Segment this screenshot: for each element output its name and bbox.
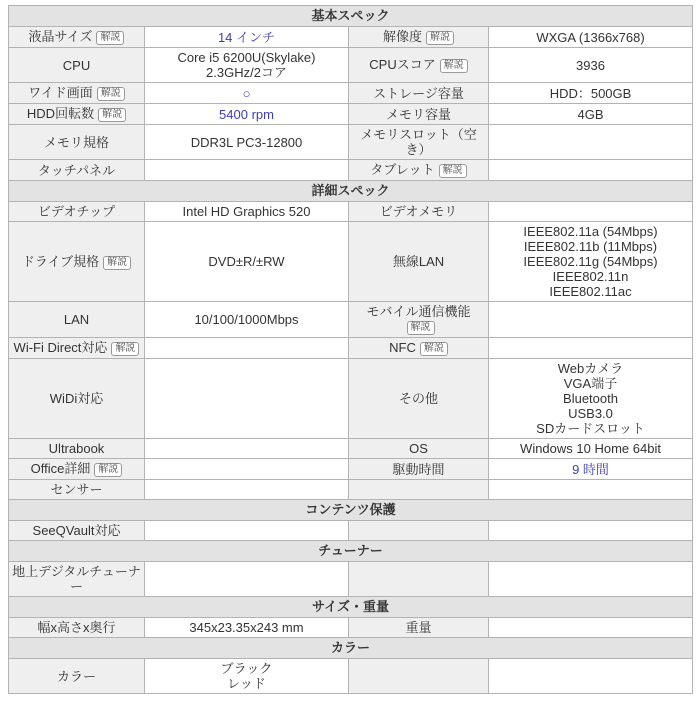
- section-header: 基本スペック: [9, 6, 693, 27]
- spec-value: Core i5 6200U(Skylake) 2.3GHz/2コア: [145, 48, 349, 83]
- spec-value: [145, 359, 349, 439]
- spec-label-cell: センサー: [9, 480, 145, 500]
- spec-row: SeeQVault対応: [9, 521, 693, 541]
- spec-label-cell: モバイル通信機能解説: [349, 302, 489, 338]
- kaisetsu-help-button[interactable]: 解説: [96, 31, 124, 45]
- spec-value: 345x23.35x243 mm: [145, 618, 349, 638]
- section-header: チューナー: [9, 541, 693, 562]
- kaisetsu-help-button[interactable]: 解説: [103, 256, 131, 270]
- section-header: カラー: [9, 638, 693, 659]
- spec-label-text: CPU: [63, 58, 90, 73]
- spec-label-text: ビデオメモリ: [380, 204, 458, 219]
- spec-label-cell: 地上デジタルチューナー: [9, 562, 145, 597]
- spec-label-cell: ビデオメモリ: [349, 202, 489, 222]
- spec-label-text: メモリ容量: [386, 107, 451, 122]
- spec-value: [145, 439, 349, 459]
- spec-value: [145, 160, 349, 181]
- spec-row: 地上デジタルチューナー: [9, 562, 693, 597]
- spec-label-cell: WiDi対応: [9, 359, 145, 439]
- spec-row: Office詳細解説駆動時間9 時間: [9, 459, 693, 480]
- kaisetsu-help-button[interactable]: 解説: [94, 463, 122, 477]
- spec-label-cell: その他: [349, 359, 489, 439]
- spec-value-link[interactable]: 9 時間: [489, 459, 693, 480]
- spec-label-cell: タッチパネル: [9, 160, 145, 181]
- spec-label-cell: ストレージ容量: [349, 83, 489, 104]
- spec-label-cell: [349, 562, 489, 597]
- spec-label-cell: NFC解説: [349, 338, 489, 359]
- spec-value: [489, 521, 693, 541]
- spec-label-text: タブレット: [370, 162, 434, 177]
- spec-label-text: 無線LAN: [393, 254, 444, 269]
- spec-label-cell: CPU: [9, 48, 145, 83]
- kaisetsu-help-button[interactable]: 解説: [426, 31, 454, 45]
- spec-label-cell: OS: [349, 439, 489, 459]
- spec-label-cell: Office詳細解説: [9, 459, 145, 480]
- spec-row: ワイド画面解説○ストレージ容量HDD：500GB: [9, 83, 693, 104]
- spec-label-cell: Wi-Fi Direct対応解説: [9, 338, 145, 359]
- spec-label-cell: [349, 659, 489, 694]
- spec-value: [145, 521, 349, 541]
- spec-label-text: センサー: [50, 482, 102, 497]
- spec-value: [145, 338, 349, 359]
- kaisetsu-help-button[interactable]: 解説: [439, 164, 467, 178]
- section-header: サイズ・重量: [9, 597, 693, 618]
- spec-label-text: WiDi対応: [50, 391, 103, 406]
- spec-row: LAN10/100/1000Mbpsモバイル通信機能解説: [9, 302, 693, 338]
- section-row: チューナー: [9, 541, 693, 562]
- spec-label-text: ワイド画面: [28, 85, 93, 100]
- kaisetsu-help-button[interactable]: 解説: [111, 342, 139, 356]
- spec-value: [145, 459, 349, 480]
- spec-value: HDD：500GB: [489, 83, 693, 104]
- spec-value: 10/100/1000Mbps: [145, 302, 349, 338]
- kaisetsu-help-button[interactable]: 解説: [420, 342, 448, 356]
- spec-label-text: OS: [409, 441, 428, 456]
- spec-row: WiDi対応その他Webカメラ VGA端子 Bluetooth USB3.0 S…: [9, 359, 693, 439]
- spec-value-link[interactable]: 14 インチ: [145, 27, 349, 48]
- spec-value: [489, 562, 693, 597]
- spec-label-text: Ultrabook: [49, 441, 105, 456]
- spec-row: CPUCore i5 6200U(Skylake) 2.3GHz/2コアCPUス…: [9, 48, 693, 83]
- spec-label-text: カラー: [57, 669, 96, 684]
- section-header: コンテンツ保護: [9, 500, 693, 521]
- spec-label-text: NFC: [389, 340, 416, 355]
- spec-label-text: Office詳細: [31, 461, 91, 476]
- spec-value-link[interactable]: 5400 rpm: [145, 104, 349, 125]
- spec-label-cell: ワイド画面解説: [9, 83, 145, 104]
- spec-label-text: その他: [399, 391, 438, 406]
- spec-label-cell: CPUスコア解説: [349, 48, 489, 83]
- kaisetsu-help-button[interactable]: 解説: [97, 87, 125, 101]
- spec-value: Intel HD Graphics 520: [145, 202, 349, 222]
- spec-value: [489, 202, 693, 222]
- spec-row: センサー: [9, 480, 693, 500]
- spec-label-cell: 幅x高さx奥行: [9, 618, 145, 638]
- spec-label-text: HDD回転数: [27, 106, 94, 121]
- spec-label-text: 地上デジタルチューナー: [12, 564, 141, 594]
- spec-label-text: 重量: [405, 620, 431, 635]
- spec-label-text: ストレージ容量: [373, 86, 464, 101]
- spec-label-cell: タブレット解説: [349, 160, 489, 181]
- spec-value: Windows 10 Home 64bit: [489, 439, 693, 459]
- spec-label-cell: 無線LAN: [349, 222, 489, 302]
- spec-label-text: SeeQVault対応: [33, 523, 121, 538]
- kaisetsu-help-button[interactable]: 解説: [98, 108, 126, 122]
- spec-label-cell: 駆動時間: [349, 459, 489, 480]
- spec-row: 幅x高さx奥行345x23.35x243 mm重量: [9, 618, 693, 638]
- spec-value-link[interactable]: ○: [145, 83, 349, 104]
- spec-label-cell: HDD回転数解説: [9, 104, 145, 125]
- section-row: カラー: [9, 638, 693, 659]
- spec-value: WXGA (1366x768): [489, 27, 693, 48]
- spec-label-cell: [349, 480, 489, 500]
- spec-label-cell: 液晶サイズ解説: [9, 27, 145, 48]
- spec-value: ブラック レッド: [145, 659, 349, 694]
- spec-value: [489, 659, 693, 694]
- spec-value: 3936: [489, 48, 693, 83]
- spec-label-cell: メモリ規格: [9, 125, 145, 160]
- spec-value: DVD±R/±RW: [145, 222, 349, 302]
- spec-value: [145, 480, 349, 500]
- spec-row: ビデオチップIntel HD Graphics 520ビデオメモリ: [9, 202, 693, 222]
- spec-label-text: 解像度: [383, 29, 422, 44]
- section-header: 詳細スペック: [9, 181, 693, 202]
- spec-row: ドライブ規格解説DVD±R/±RW無線LANIEEE802.11a (54Mbp…: [9, 222, 693, 302]
- spec-label-cell: [349, 521, 489, 541]
- kaisetsu-help-button[interactable]: 解説: [407, 321, 435, 335]
- spec-value: Webカメラ VGA端子 Bluetooth USB3.0 SDカードスロット: [489, 359, 693, 439]
- spec-label-cell: LAN: [9, 302, 145, 338]
- spec-value: DDR3L PC3-12800: [145, 125, 349, 160]
- spec-label-cell: 重量: [349, 618, 489, 638]
- section-row: コンテンツ保護: [9, 500, 693, 521]
- spec-label-cell: メモリ容量: [349, 104, 489, 125]
- spec-row: カラーブラック レッド: [9, 659, 693, 694]
- spec-label-cell: SeeQVault対応: [9, 521, 145, 541]
- section-row: 詳細スペック: [9, 181, 693, 202]
- spec-label-text: 駆動時間: [392, 462, 444, 477]
- spec-value: IEEE802.11a (54Mbps) IEEE802.11b (11Mbps…: [489, 222, 693, 302]
- spec-table: 基本スペック液晶サイズ解説14 インチ解像度解説WXGA (1366x768)C…: [8, 5, 693, 694]
- spec-row: Wi-Fi Direct対応解説NFC解説: [9, 338, 693, 359]
- spec-label-text: モバイル通信機能: [366, 304, 470, 319]
- spec-label-text: Wi-Fi Direct対応: [14, 340, 108, 355]
- spec-label-cell: メモリスロット（空き）: [349, 125, 489, 160]
- spec-label-text: 液晶サイズ: [29, 29, 93, 44]
- spec-value: [489, 302, 693, 338]
- spec-label-cell: Ultrabook: [9, 439, 145, 459]
- spec-table-body: 基本スペック液晶サイズ解説14 インチ解像度解説WXGA (1366x768)C…: [9, 6, 693, 694]
- section-row: 基本スペック: [9, 6, 693, 27]
- spec-label-cell: カラー: [9, 659, 145, 694]
- spec-label-cell: ドライブ規格解説: [9, 222, 145, 302]
- spec-label-text: ビデオチップ: [38, 204, 115, 219]
- spec-value: 4GB: [489, 104, 693, 125]
- spec-label-text: LAN: [64, 312, 89, 327]
- spec-value: [489, 125, 693, 160]
- spec-label-text: メモリスロット（空き）: [360, 127, 476, 157]
- spec-row: 液晶サイズ解説14 インチ解像度解説WXGA (1366x768): [9, 27, 693, 48]
- spec-row: UltrabookOSWindows 10 Home 64bit: [9, 439, 693, 459]
- spec-label-text: ドライブ規格: [22, 254, 99, 269]
- spec-row: HDD回転数解説5400 rpmメモリ容量4GB: [9, 104, 693, 125]
- kaisetsu-help-button[interactable]: 解説: [440, 59, 468, 73]
- spec-label-text: CPUスコア: [369, 57, 435, 72]
- spec-value: [489, 160, 693, 181]
- spec-label-cell: ビデオチップ: [9, 202, 145, 222]
- spec-row: タッチパネルタブレット解説: [9, 160, 693, 181]
- spec-value: [145, 562, 349, 597]
- spec-label-text: タッチパネル: [38, 163, 115, 178]
- spec-value: [489, 338, 693, 359]
- spec-label-cell: 解像度解説: [349, 27, 489, 48]
- spec-value: [489, 618, 693, 638]
- spec-row: メモリ規格DDR3L PC3-12800メモリスロット（空き）: [9, 125, 693, 160]
- spec-page: 基本スペック液晶サイズ解説14 インチ解像度解説WXGA (1366x768)C…: [8, 5, 693, 694]
- spec-value: [489, 480, 693, 500]
- spec-label-text: 幅x高さx奥行: [37, 620, 115, 635]
- spec-label-text: メモリ規格: [44, 135, 109, 150]
- section-row: サイズ・重量: [9, 597, 693, 618]
